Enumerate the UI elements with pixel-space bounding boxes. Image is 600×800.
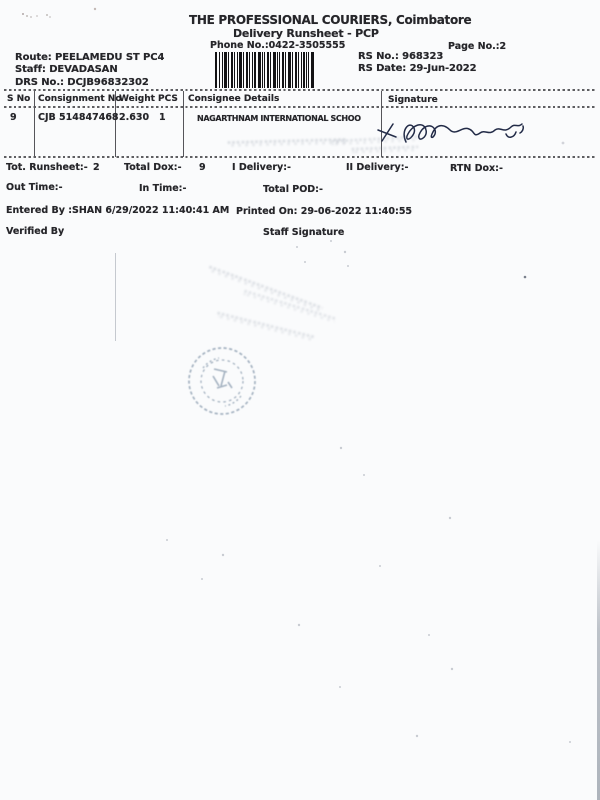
- cell-consignee: NAGARTHNAM INTERNATIONAL SCHOO: [197, 115, 361, 123]
- route-field: Route: PEELAMEDU ST PC4: [15, 53, 164, 64]
- col-header-sno: S No: [7, 95, 30, 104]
- ii-delivery-label: II Delivery:-: [346, 163, 408, 173]
- in-time-label: In Time:-: [139, 184, 186, 194]
- table-header-rule: [4, 106, 596, 108]
- i-delivery-label: I Delivery:-: [232, 163, 291, 173]
- company-title: THE PROFESSIONAL COURIERS, Coimbatore: [189, 14, 471, 27]
- page-number: Page No.:2: [448, 42, 506, 52]
- cell-sno: 9: [10, 113, 17, 123]
- staff-signature-label: Staff Signature: [263, 228, 344, 238]
- col-header-pcs: PCS: [158, 95, 178, 104]
- tot-runsheet-value: 2: [93, 163, 100, 173]
- total-dox-value: 9: [199, 163, 206, 173]
- out-time-label: Out Time:-: [6, 183, 63, 193]
- faint-round-stamp-icon: [185, 344, 259, 418]
- col-header-consignee: Consignee Details: [188, 95, 279, 104]
- col-header-weight: Weight: [119, 95, 155, 104]
- column-divider: [183, 91, 184, 157]
- phone-number: Phone No.:0422-3505555: [210, 41, 345, 51]
- scanned-delivery-runsheet-page: THE PROFESSIONAL COURIERS, Coimbatore De…: [0, 0, 600, 800]
- column-divider: [34, 91, 35, 157]
- rs-no-field: RS No.: 968323: [358, 52, 443, 63]
- entered-by-field: Entered By :SHAN 6/29/2022 11:40:41 AM: [6, 206, 229, 216]
- ink-bleed-line: [115, 253, 116, 341]
- barcode-icon: [215, 52, 315, 88]
- total-pod-label: Total POD:-: [263, 185, 323, 195]
- rtn-dox-label: RTN Dox:-: [450, 164, 503, 174]
- table-bottom-rule: [4, 156, 596, 158]
- col-header-consignment: Consignment No: [38, 95, 122, 104]
- table-top-rule: [4, 89, 596, 91]
- cell-consignment-no: CJB 514847468: [38, 113, 119, 123]
- cell-pcs: 1: [159, 113, 166, 123]
- staff-field: Staff: DEVADASAN: [15, 65, 118, 76]
- document-title: Delivery Runsheet - PCP: [233, 28, 379, 40]
- corner-ink-smudge: [22, 13, 24, 15]
- verified-by-label: Verified By: [6, 227, 64, 237]
- cell-weight: 2.630: [119, 113, 149, 123]
- rs-date-field: RS Date: 29-Jun-2022: [358, 64, 476, 75]
- printed-on-field: Printed On: 29-06-2022 11:40:55: [236, 207, 412, 217]
- col-header-signature: Signature: [388, 96, 438, 105]
- tot-runsheet-label: Tot. Runsheet:-: [6, 163, 88, 173]
- drs-no-field: DRS No.: DCJB96832302: [15, 78, 149, 89]
- total-dox-label: Total Dox:-: [124, 163, 182, 173]
